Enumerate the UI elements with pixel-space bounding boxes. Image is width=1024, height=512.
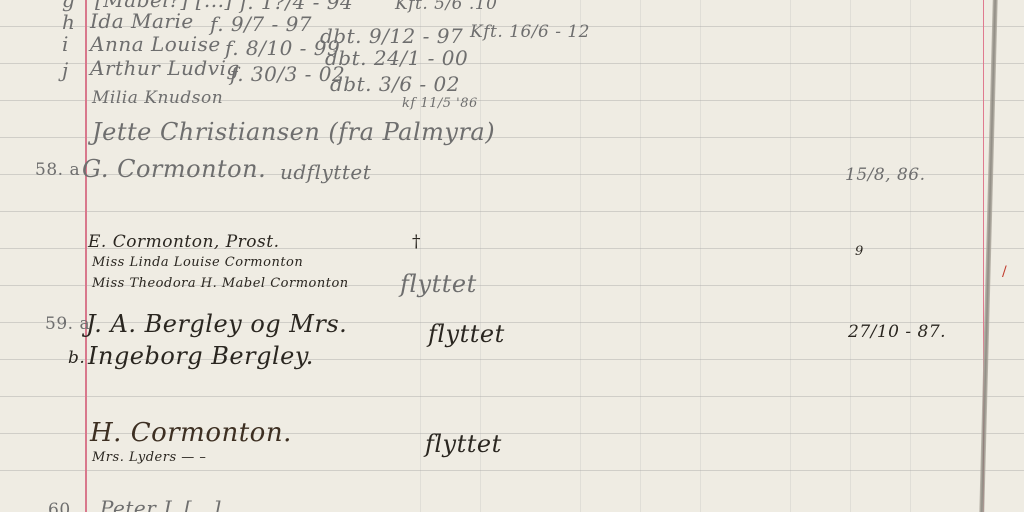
entry-status: flyttet <box>428 320 505 348</box>
column-rule <box>580 0 581 512</box>
entry-name: Arthur Ludvig <box>90 56 240 80</box>
entry-baptized: dbt. 9/12 - 97 <box>320 24 463 48</box>
entry-sub-name: Ingeborg Bergley. <box>88 342 314 370</box>
entry-name: G. Cormonton. <box>82 155 266 183</box>
entry-born: f. 9/7 - 97 <box>210 12 312 36</box>
entry-letter: i <box>62 32 69 56</box>
entry-name: Jette Christiansen (fra Palmyra) <box>92 118 495 146</box>
column-rule <box>700 0 701 512</box>
entry-name: Milia Knudson <box>92 88 223 108</box>
entry-number: 59. a <box>45 314 90 334</box>
entry-baptized: dbt. 3/6 - 02 <box>330 72 460 96</box>
column-rule <box>790 0 791 512</box>
entry-date: 15/8, 86. <box>845 165 926 185</box>
entry-note: Kft. 5/6 .10 <box>395 0 497 14</box>
left-margin-line <box>85 0 87 512</box>
entry-name: Ida Marie <box>90 9 194 33</box>
entry-note: Kft. 16/6 - 12 <box>470 22 590 42</box>
entry-name: J. A. Bergley og Mrs. <box>86 310 347 338</box>
entry-status: flyttet <box>425 430 502 458</box>
column-rule <box>850 0 851 512</box>
entry-sub-name: Mrs. Lyders — – <box>92 450 206 465</box>
entry-born: f. 8/10 - 99 <box>225 36 340 60</box>
entry-status: flyttet <box>400 270 477 298</box>
entry-born: f. 30/3 - 02 <box>230 62 345 86</box>
entry-letter: h <box>62 10 75 34</box>
entry-line: Miss Theodora H. Mabel Cormonton <box>92 276 349 291</box>
entry-baptized: dbt. 24/1 - 00 <box>325 46 468 70</box>
entry-name: H. Cormonton. <box>90 418 292 448</box>
entry-sub-letter: b. <box>68 348 85 368</box>
entry-number: 58. a <box>35 160 80 180</box>
death-mark: † <box>412 232 421 252</box>
entry-line: E. Cormonton, Prost. <box>88 232 279 252</box>
column-rule <box>640 0 641 512</box>
entry-name: Anna Louise <box>90 32 221 56</box>
entry-status: udflyttet <box>280 160 371 184</box>
entry-name: Peter J. [...] <box>100 496 221 512</box>
right-edge-mark: / <box>1002 264 1007 280</box>
entry-note: kf 11/5 '86 <box>402 96 478 111</box>
column-rule <box>910 0 911 512</box>
entry-date: 9 <box>855 244 864 259</box>
register-page: / g [Mabel?] [...] f. 1?/4 - 94 Kft. 5/6… <box>0 0 1024 512</box>
entry-letter: j <box>62 58 69 82</box>
entry-date: 27/10 - 87. <box>848 322 946 342</box>
entry-line: Miss Linda Louise Cormonton <box>92 255 303 270</box>
entry-number: 60 <box>48 500 71 512</box>
